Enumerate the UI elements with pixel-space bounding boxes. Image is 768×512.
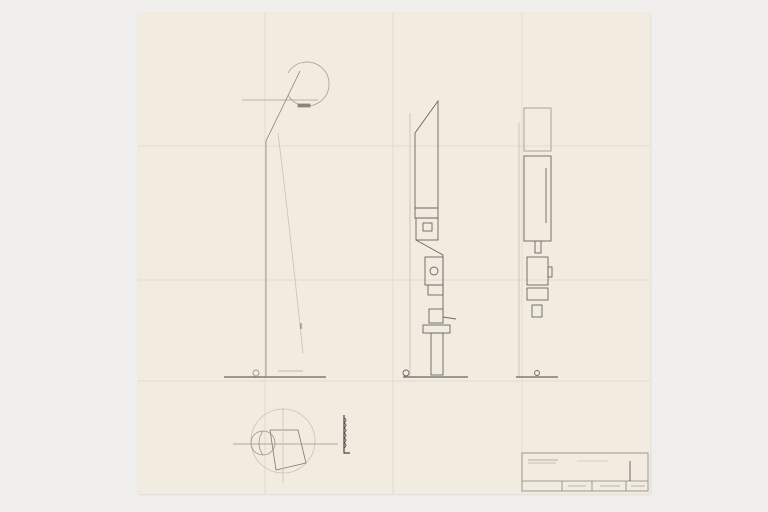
title-block [522,453,648,491]
front-elevation-view [403,101,468,377]
technical-drawing [138,13,650,494]
drawing-sheet [138,13,650,494]
fold-lines [138,13,650,494]
side-elevation-view [224,62,329,377]
plan-view [233,408,350,483]
